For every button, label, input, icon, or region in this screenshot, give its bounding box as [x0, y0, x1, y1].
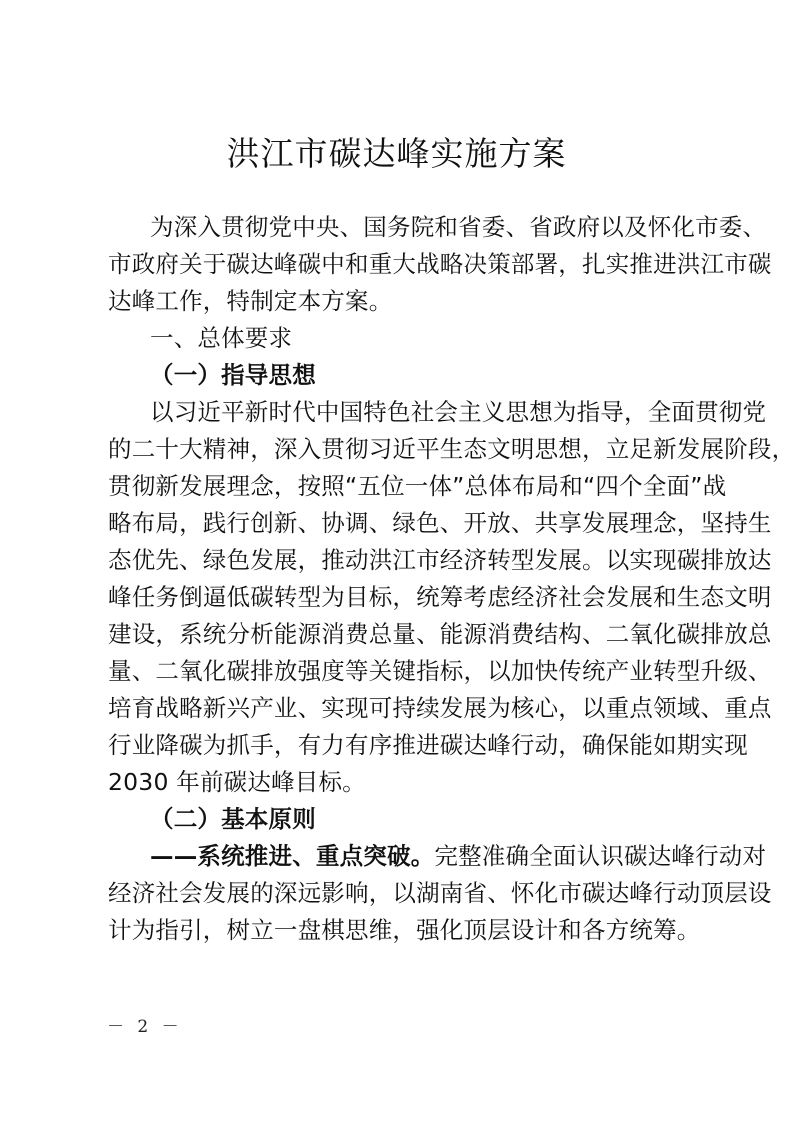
subsection-heading: （一）指导思想: [150, 360, 740, 390]
intro-line-2: 市政府关于碳达峰碳中和重大战略决策部署，扎实推进洪江市碳: [108, 249, 698, 279]
paragraph-line: 的二十大精神，深入贯彻习近平生态文明思想，立足新发展阶段，: [108, 434, 698, 464]
paragraph-line: 2030 年前碳达峰目标。: [108, 767, 698, 797]
principle-line: ——系统推进、重点突破。完整准确全面认识碳达峰行动对: [150, 841, 740, 871]
document-title: 洪江市碳达峰实施方案: [0, 128, 793, 175]
paragraph-line: 行业降碳为抓手，有力有序推进碳达峰行动，确保能如期实现: [108, 730, 698, 760]
paragraph-line: 略布局，践行创新、协调、绿色、开放、共享发展理念，坚持生: [108, 508, 698, 538]
paragraph-line: 以习近平新时代中国特色社会主义思想为指导，全面贯彻党: [150, 397, 740, 427]
principle-title: ——系统推进、重点突破。: [150, 842, 434, 870]
paragraph-line: 培育战略新兴产业、实现可持续发展为核心，以重点领域、重点: [108, 693, 698, 723]
section-heading: 一、总体要求: [150, 323, 740, 353]
paragraph-line: 量、二氧化碳排放强度等关键指标，以加快传统产业转型升级、: [108, 656, 698, 686]
principle-text: 完整准确全面认识碳达峰行动对: [434, 842, 766, 870]
page-number: － 2 －: [107, 1012, 183, 1037]
paragraph-line: 峰任务倒逼低碳转型为目标，统筹考虑经济社会发展和生态文明: [108, 582, 698, 612]
paragraph-line: 贯彻新发展理念，按照“五位一体”总体布局和“四个全面”战: [108, 471, 698, 501]
paragraph-line: 态优先、绿色发展，推动洪江市经济转型发展。以实现碳排放达: [108, 545, 698, 575]
intro-line-1: 为深入贯彻党中央、国务院和省委、省政府以及怀化市委、: [150, 212, 740, 242]
paragraph-line: 计为指引，树立一盘棋思维，强化顶层设计和各方统筹。: [108, 915, 698, 945]
document-page: 洪江市碳达峰实施方案 为深入贯彻党中央、国务院和省委、省政府以及怀化市委、 市政…: [0, 0, 793, 1122]
paragraph-line: 经济社会发展的深远影响，以湖南省、怀化市碳达峰行动顶层设: [108, 878, 698, 908]
paragraph-line: 建设，系统分析能源消费总量、能源消费结构、二氧化碳排放总: [108, 619, 698, 649]
subsection-heading: （二）基本原则: [150, 804, 740, 834]
intro-line-3: 达峰工作，特制定本方案。: [108, 286, 698, 316]
